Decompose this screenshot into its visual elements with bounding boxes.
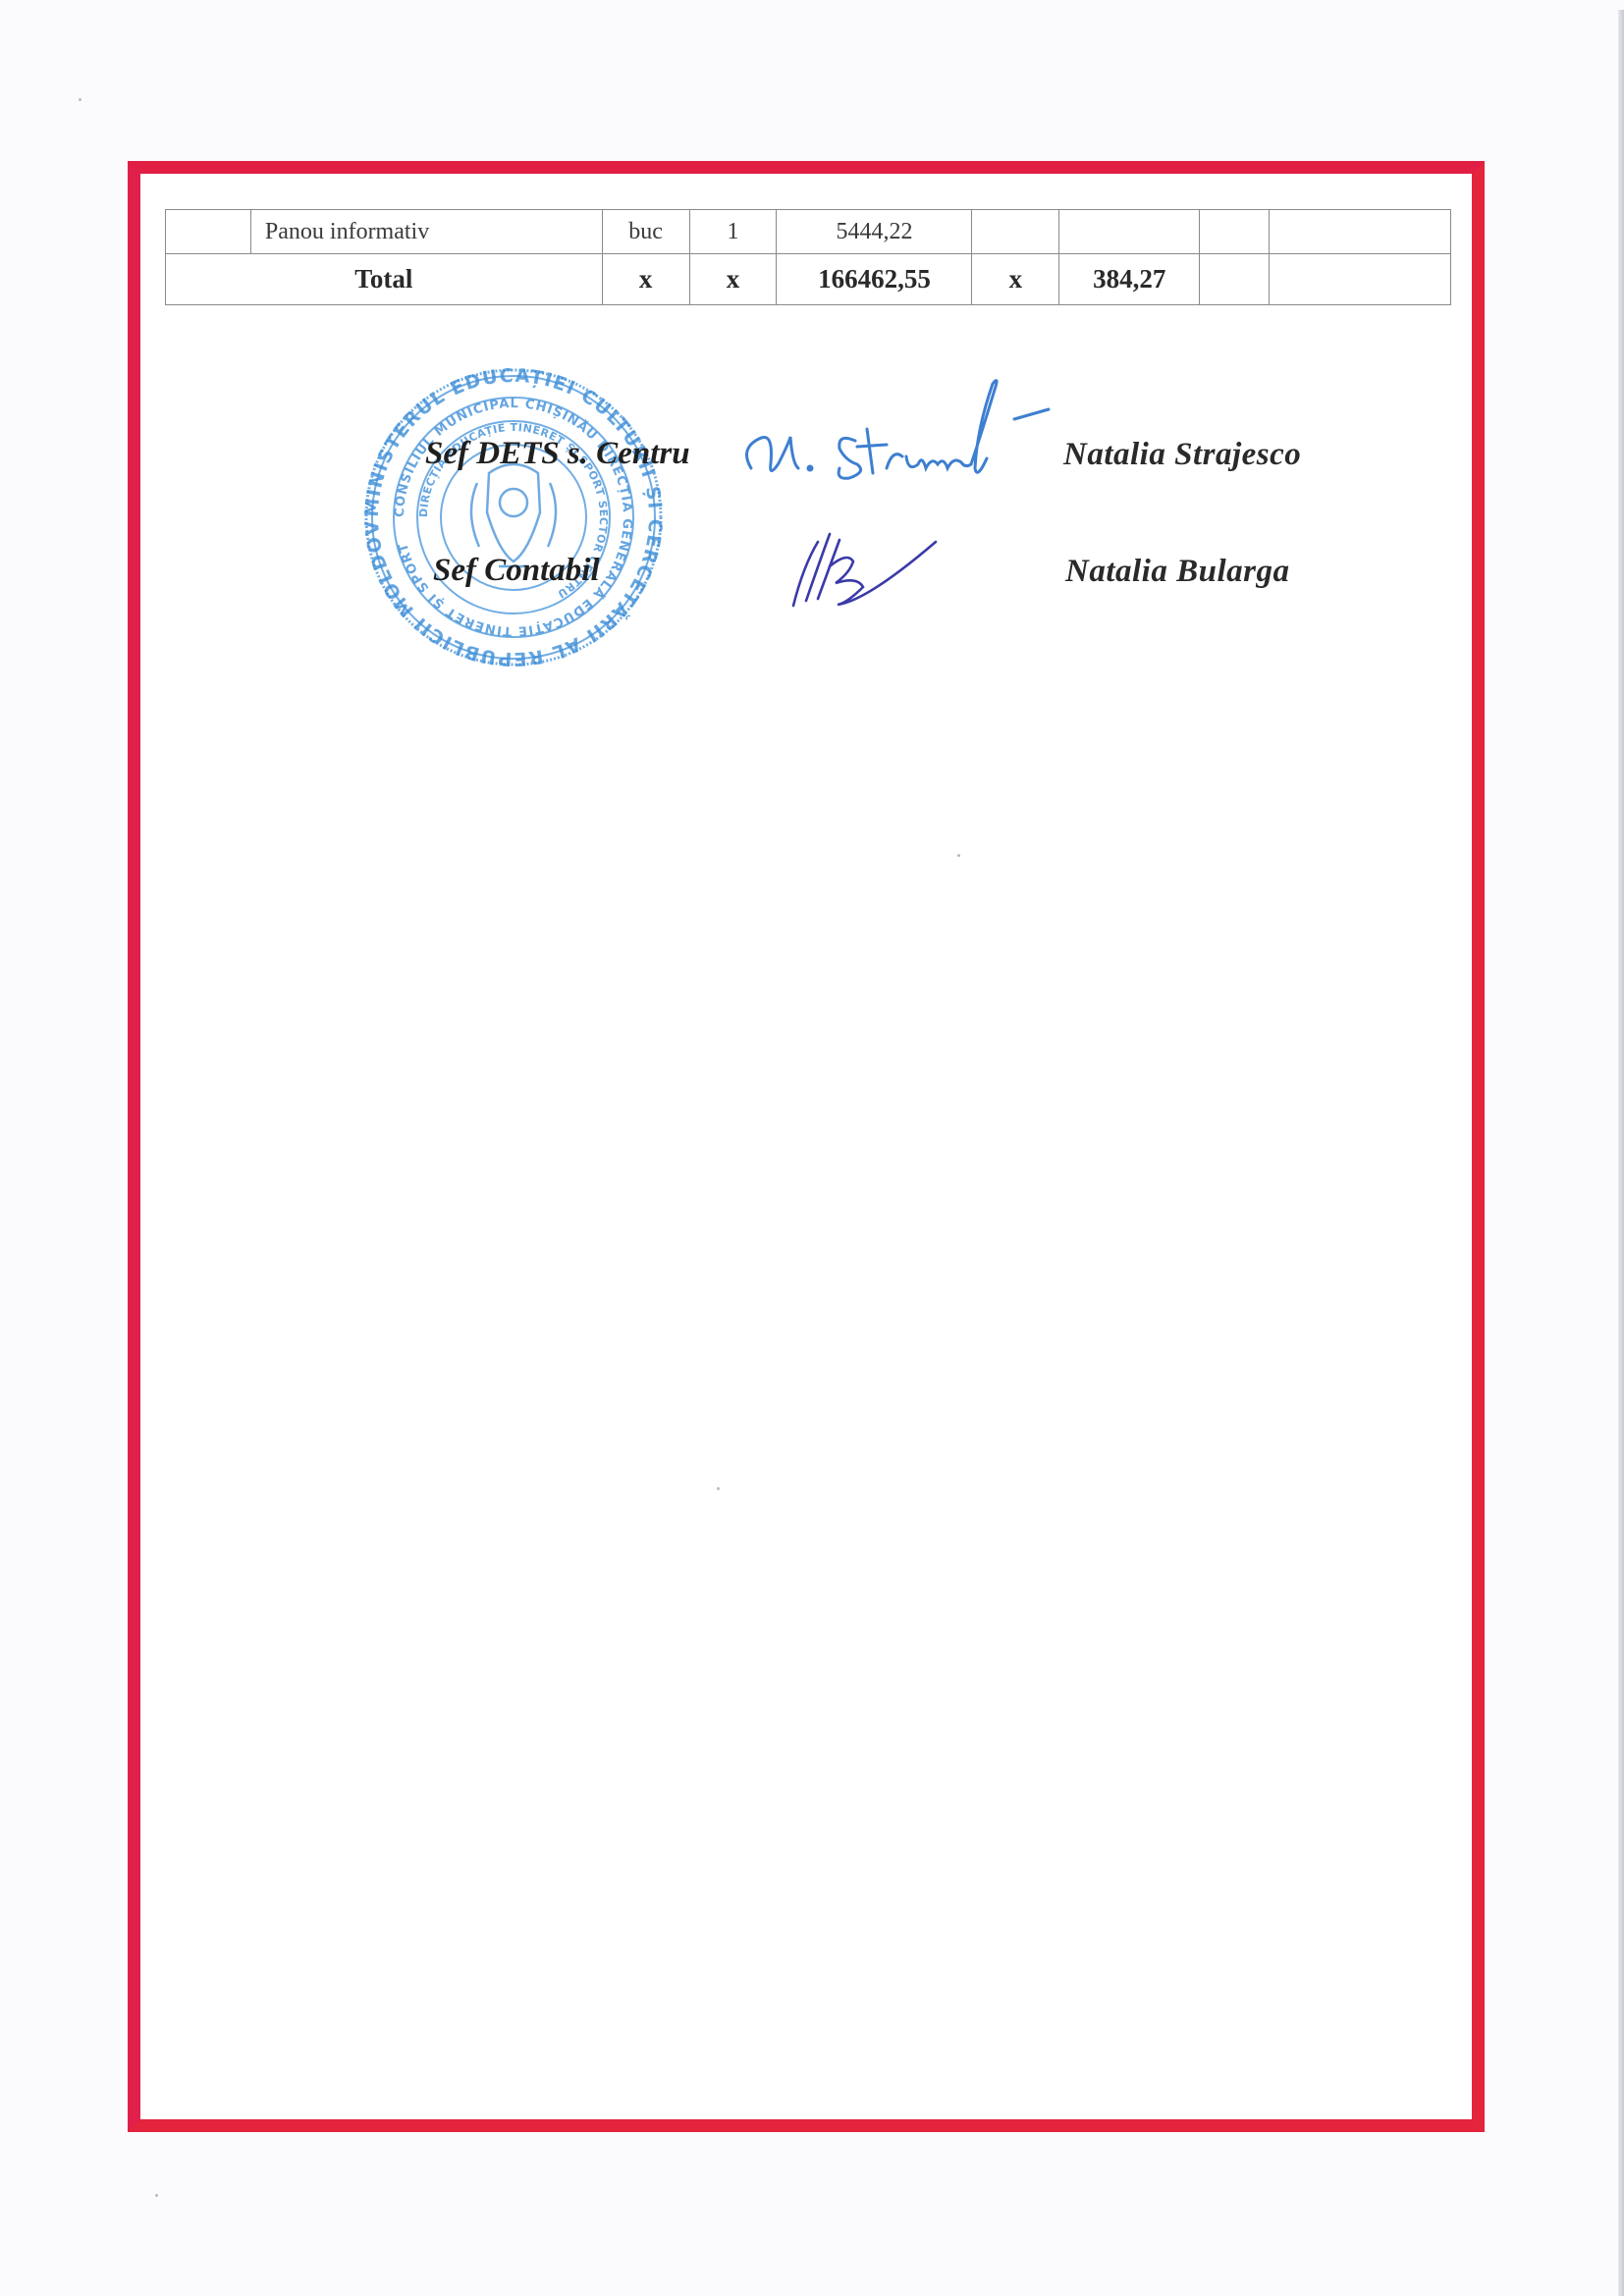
signer-name-accountant: Natalia Bularga xyxy=(1065,554,1289,590)
handwritten-initials-icon xyxy=(779,512,946,620)
signer-role-accountant: Sef Contabil xyxy=(433,553,600,589)
signer-role-head: Sef DETS s. Centru xyxy=(425,436,690,472)
handwritten-signature-icon xyxy=(730,370,1181,498)
scan-speck xyxy=(717,1487,720,1490)
scan-speck xyxy=(155,2194,158,2197)
scan-page-edge xyxy=(1618,10,1624,2296)
signer-name-head: Natalia Strajesco xyxy=(1063,437,1301,473)
signature-block: MINISTERUL EDUCAȚIEI CULTURII ȘI CERCETĂ… xyxy=(140,174,1472,2119)
scan-speck xyxy=(79,98,81,101)
official-stamp-icon: MINISTERUL EDUCAȚIEI CULTURII ȘI CERCETĂ… xyxy=(361,365,666,669)
document-frame: Panou informativ buc 1 5444,22 Total x x… xyxy=(128,161,1485,2132)
scan-speck xyxy=(957,854,960,857)
